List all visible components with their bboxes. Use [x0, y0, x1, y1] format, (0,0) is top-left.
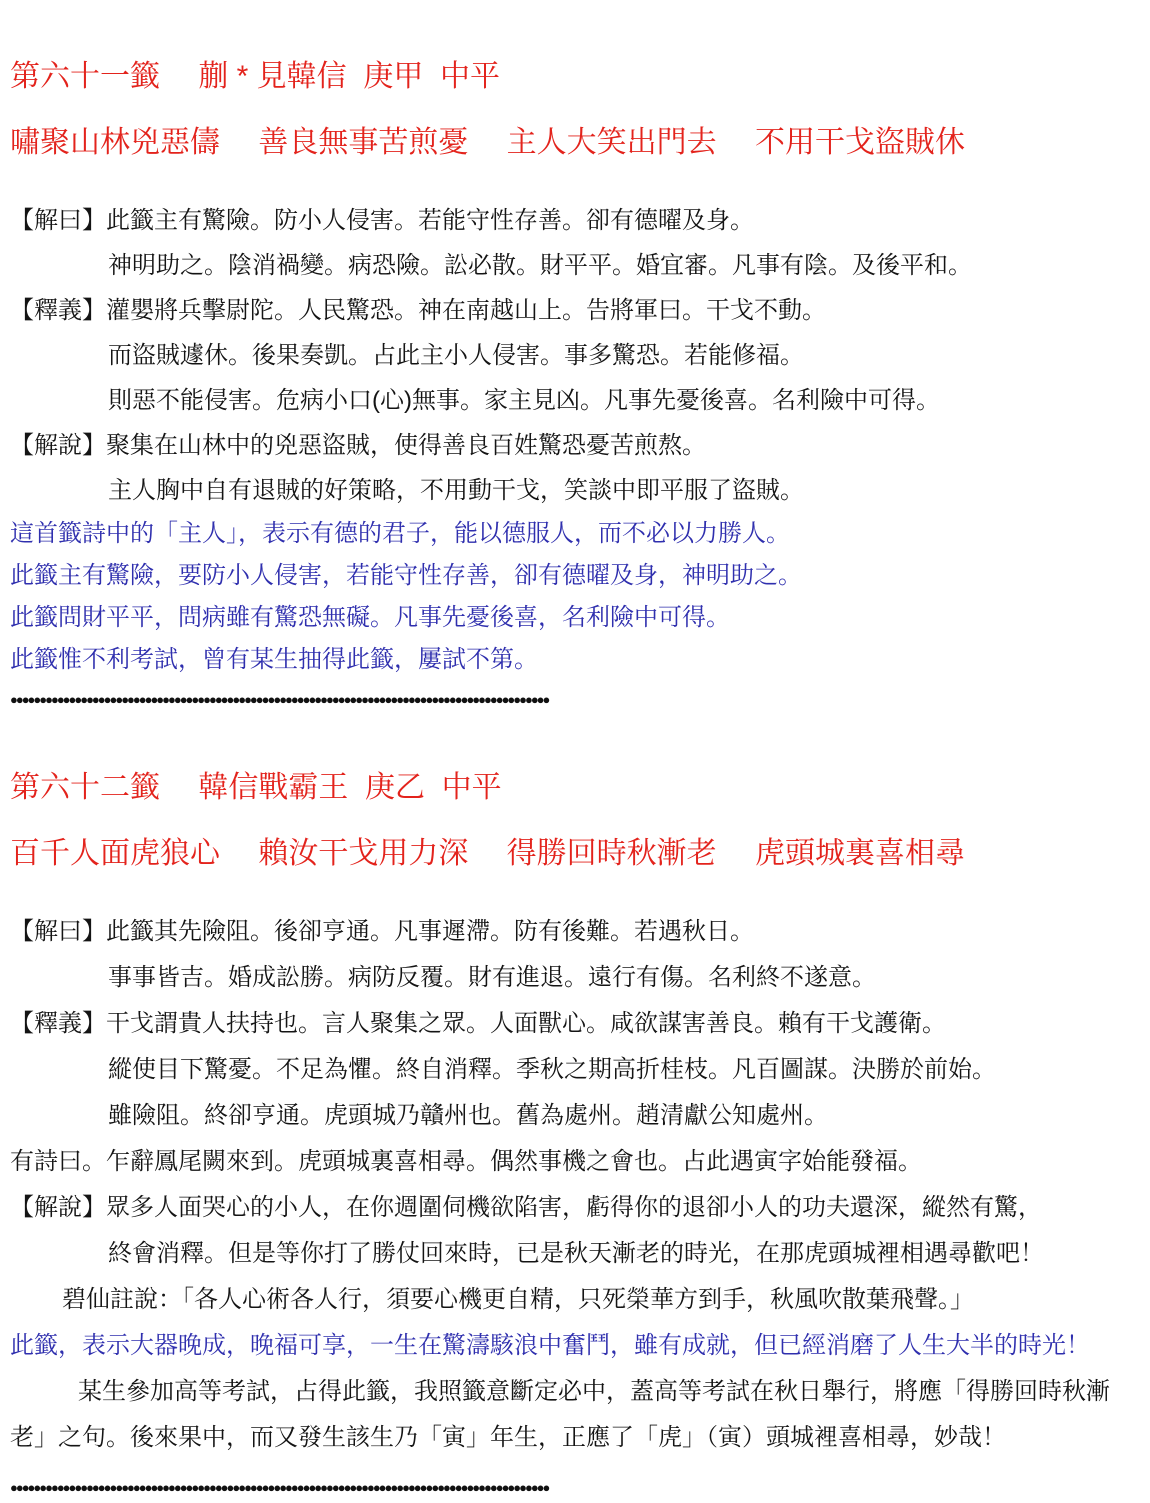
stick-61-jieyue-line-1: 【解曰】此籤主有驚險。防小人侵害。若能守性存善。卻有德曜及身。: [10, 198, 1144, 243]
stick-62-jieyue-line-1: 【解曰】此籤其先險阻。後卻亨通。凡事遲滯。防有後難。若遇秋日。: [10, 909, 1144, 955]
stick-61-jieshuo-line-1: 【解說】聚集在山林中的兇惡盜賊，使得善良百姓驚恐憂苦煎熬。: [10, 423, 1144, 468]
stick-62-poem-note: 有詩曰。乍辭鳳尾闕來到。虎頭城裏喜相尋。偶然事機之會也。占此遇寅字始能發福。: [10, 1139, 1144, 1185]
stick-61-title: 第六十一籤 蒯 * 見韓信 庚甲 中平: [10, 58, 1144, 96]
stick-62-jieshuo-line-2: 終會消釋。但是等你打了勝仗回來時，已是秋天漸老的時光，在那虎頭城裡相遇尋歡吧！: [108, 1231, 1144, 1277]
stick-61-shiyi-line-3: 則惡不能侵害。危病小口(心)無事。家主見凶。凡事先憂後喜。名利險中可得。: [108, 378, 1144, 423]
stick-62-jieyue-line-2: 事事皆吉。婚成訟勝。病防反覆。財有進退。遠行有傷。名利終不遂意。: [108, 955, 1144, 1001]
shiyi-text: 灌嬰將兵擊尉陀。人民驚恐。神在南越山上。告將軍曰。干戈不動。: [106, 297, 826, 324]
stick-61-jieshuo-line-2: 主人胸中自有退賊的好策略，不用動干戈，笑談中即平服了盜賊。: [108, 468, 1144, 513]
dotted-separator: ●●●●●●●●●●●●●●●●●●●●●●●●●●●●●●●●●●●●●●●●…: [10, 1481, 1144, 1495]
stick-62-shiyi-line-2: 縱使目下驚憂。不足為懼。終自消釋。季秋之期高折桂枝。凡百圖謀。決勝於前始。: [108, 1047, 1144, 1093]
dotted-separator: ●●●●●●●●●●●●●●●●●●●●●●●●●●●●●●●●●●●●●●●●…: [10, 693, 1144, 707]
jieyue-label: 【解曰】: [10, 918, 106, 945]
stick-61-note-line-4: 此籤惟不利考試，曾有某生抽得此籤，屢試不第。: [10, 639, 1144, 681]
shiyi-text: 干戈謂貴人扶持也。言人聚集之眾。人面獸心。咸欲謀害善良。賴有干戈護衛。: [106, 1010, 946, 1037]
jieshuo-text: 眾多人面哭心的小人，在你週圍伺機欲陷害，虧得你的退卻小人的功夫還深，縱然有驚，: [106, 1194, 1042, 1221]
stick-61-note-line-3: 此籤問財平平，問病雖有驚恐無礙。凡事先憂後喜，名利險中可得。: [10, 597, 1144, 639]
jieshuo-text: 聚集在山林中的兇惡盜賊，使得善良百姓驚恐憂苦煎熬。: [106, 432, 706, 459]
fortune-stick-document: 第六十一籤 蒯 * 見韓信 庚甲 中平 嘯聚山林兇惡儔 善良無事苦煎憂 主人大笑…: [0, 58, 1150, 1495]
jieshuo-label: 【解說】: [10, 432, 106, 459]
shiyi-label: 【釋義】: [10, 297, 106, 324]
stick-61-note-line-2: 此籤主有驚險，要防小人侵害，若能守性存善，卻有德曜及身，神明助之。: [10, 555, 1144, 597]
section-stick-61: 第六十一籤 蒯 * 見韓信 庚甲 中平 嘯聚山林兇惡儔 善良無事苦煎憂 主人大笑…: [10, 58, 1144, 681]
stick-61-note-line-1: 這首籤詩中的「主人」，表示有德的君子，能以德服人，而不必以力勝人。: [10, 513, 1144, 555]
stick-61-jieyue-line-2: 神明助之。陰消禍變。病恐險。訟必散。財平平。婚宜審。凡事有陰。及後平和。: [108, 243, 1144, 288]
stick-61-shiyi-line-1: 【釋義】灌嬰將兵擊尉陀。人民驚恐。神在南越山上。告將軍曰。干戈不動。: [10, 288, 1144, 333]
shiyi-label: 【釋義】: [10, 1010, 106, 1037]
stick-62-jieshuo-line-1: 【解說】眾多人面哭心的小人，在你週圍伺機欲陷害，虧得你的退卻小人的功夫還深，縱然…: [10, 1185, 1144, 1231]
stick-62-note-line-1: 此籤，表示大器晚成，晚福可享，一生在驚濤駭浪中奮鬥，雖有成就，但已經消磨了人生大…: [10, 1323, 1144, 1369]
stick-62-story-line-2: 老」之句。後來果中，而又發生該生乃「寅」年生，正應了「虎」（寅）頭城裡喜相尋，妙…: [10, 1415, 1144, 1461]
stick-62-title: 第六十二籤 韓信戰霸王 庚乙 中平: [10, 769, 1144, 807]
section-stick-62: 第六十二籤 韓信戰霸王 庚乙 中平 百千人面虎狼心 賴汝干戈用力深 得勝回時秋漸…: [10, 769, 1144, 1461]
jieyue-text: 此籤其先險阻。後卻亨通。凡事遲滯。防有後難。若遇秋日。: [106, 918, 754, 945]
jieyue-text: 此籤主有驚險。防小人侵害。若能守性存善。卻有德曜及身。: [106, 207, 754, 234]
stick-62-bixian-note: 碧仙註說：「各人心術各人行，須要心機更自精，只死榮華方到手，秋風吹散葉飛聲。」: [62, 1277, 1144, 1323]
stick-62-story-line-1: 某生參加高等考試，占得此籤，我照籤意斷定必中，蓋高等考試在秋日舉行，將應「得勝回…: [78, 1369, 1144, 1415]
jieshuo-label: 【解說】: [10, 1194, 106, 1221]
stick-61-poem: 嘯聚山林兇惡儔 善良無事苦煎憂 主人大笑出門去 不用干戈盜賊休: [10, 124, 1144, 162]
stick-62-poem: 百千人面虎狼心 賴汝干戈用力深 得勝回時秋漸老 虎頭城裏喜相尋: [10, 835, 1144, 873]
stick-62-shiyi-line-1: 【釋義】干戈謂貴人扶持也。言人聚集之眾。人面獸心。咸欲謀害善良。賴有干戈護衛。: [10, 1001, 1144, 1047]
stick-62-shiyi-line-3: 雖險阻。終卻亨通。虎頭城乃贛州也。舊為處州。趙清獻公知處州。: [108, 1093, 1144, 1139]
jieyue-label: 【解曰】: [10, 207, 106, 234]
stick-61-shiyi-line-2: 而盜賊遽休。後果奏凱。占此主小人侵害。事多驚恐。若能修福。: [108, 333, 1144, 378]
